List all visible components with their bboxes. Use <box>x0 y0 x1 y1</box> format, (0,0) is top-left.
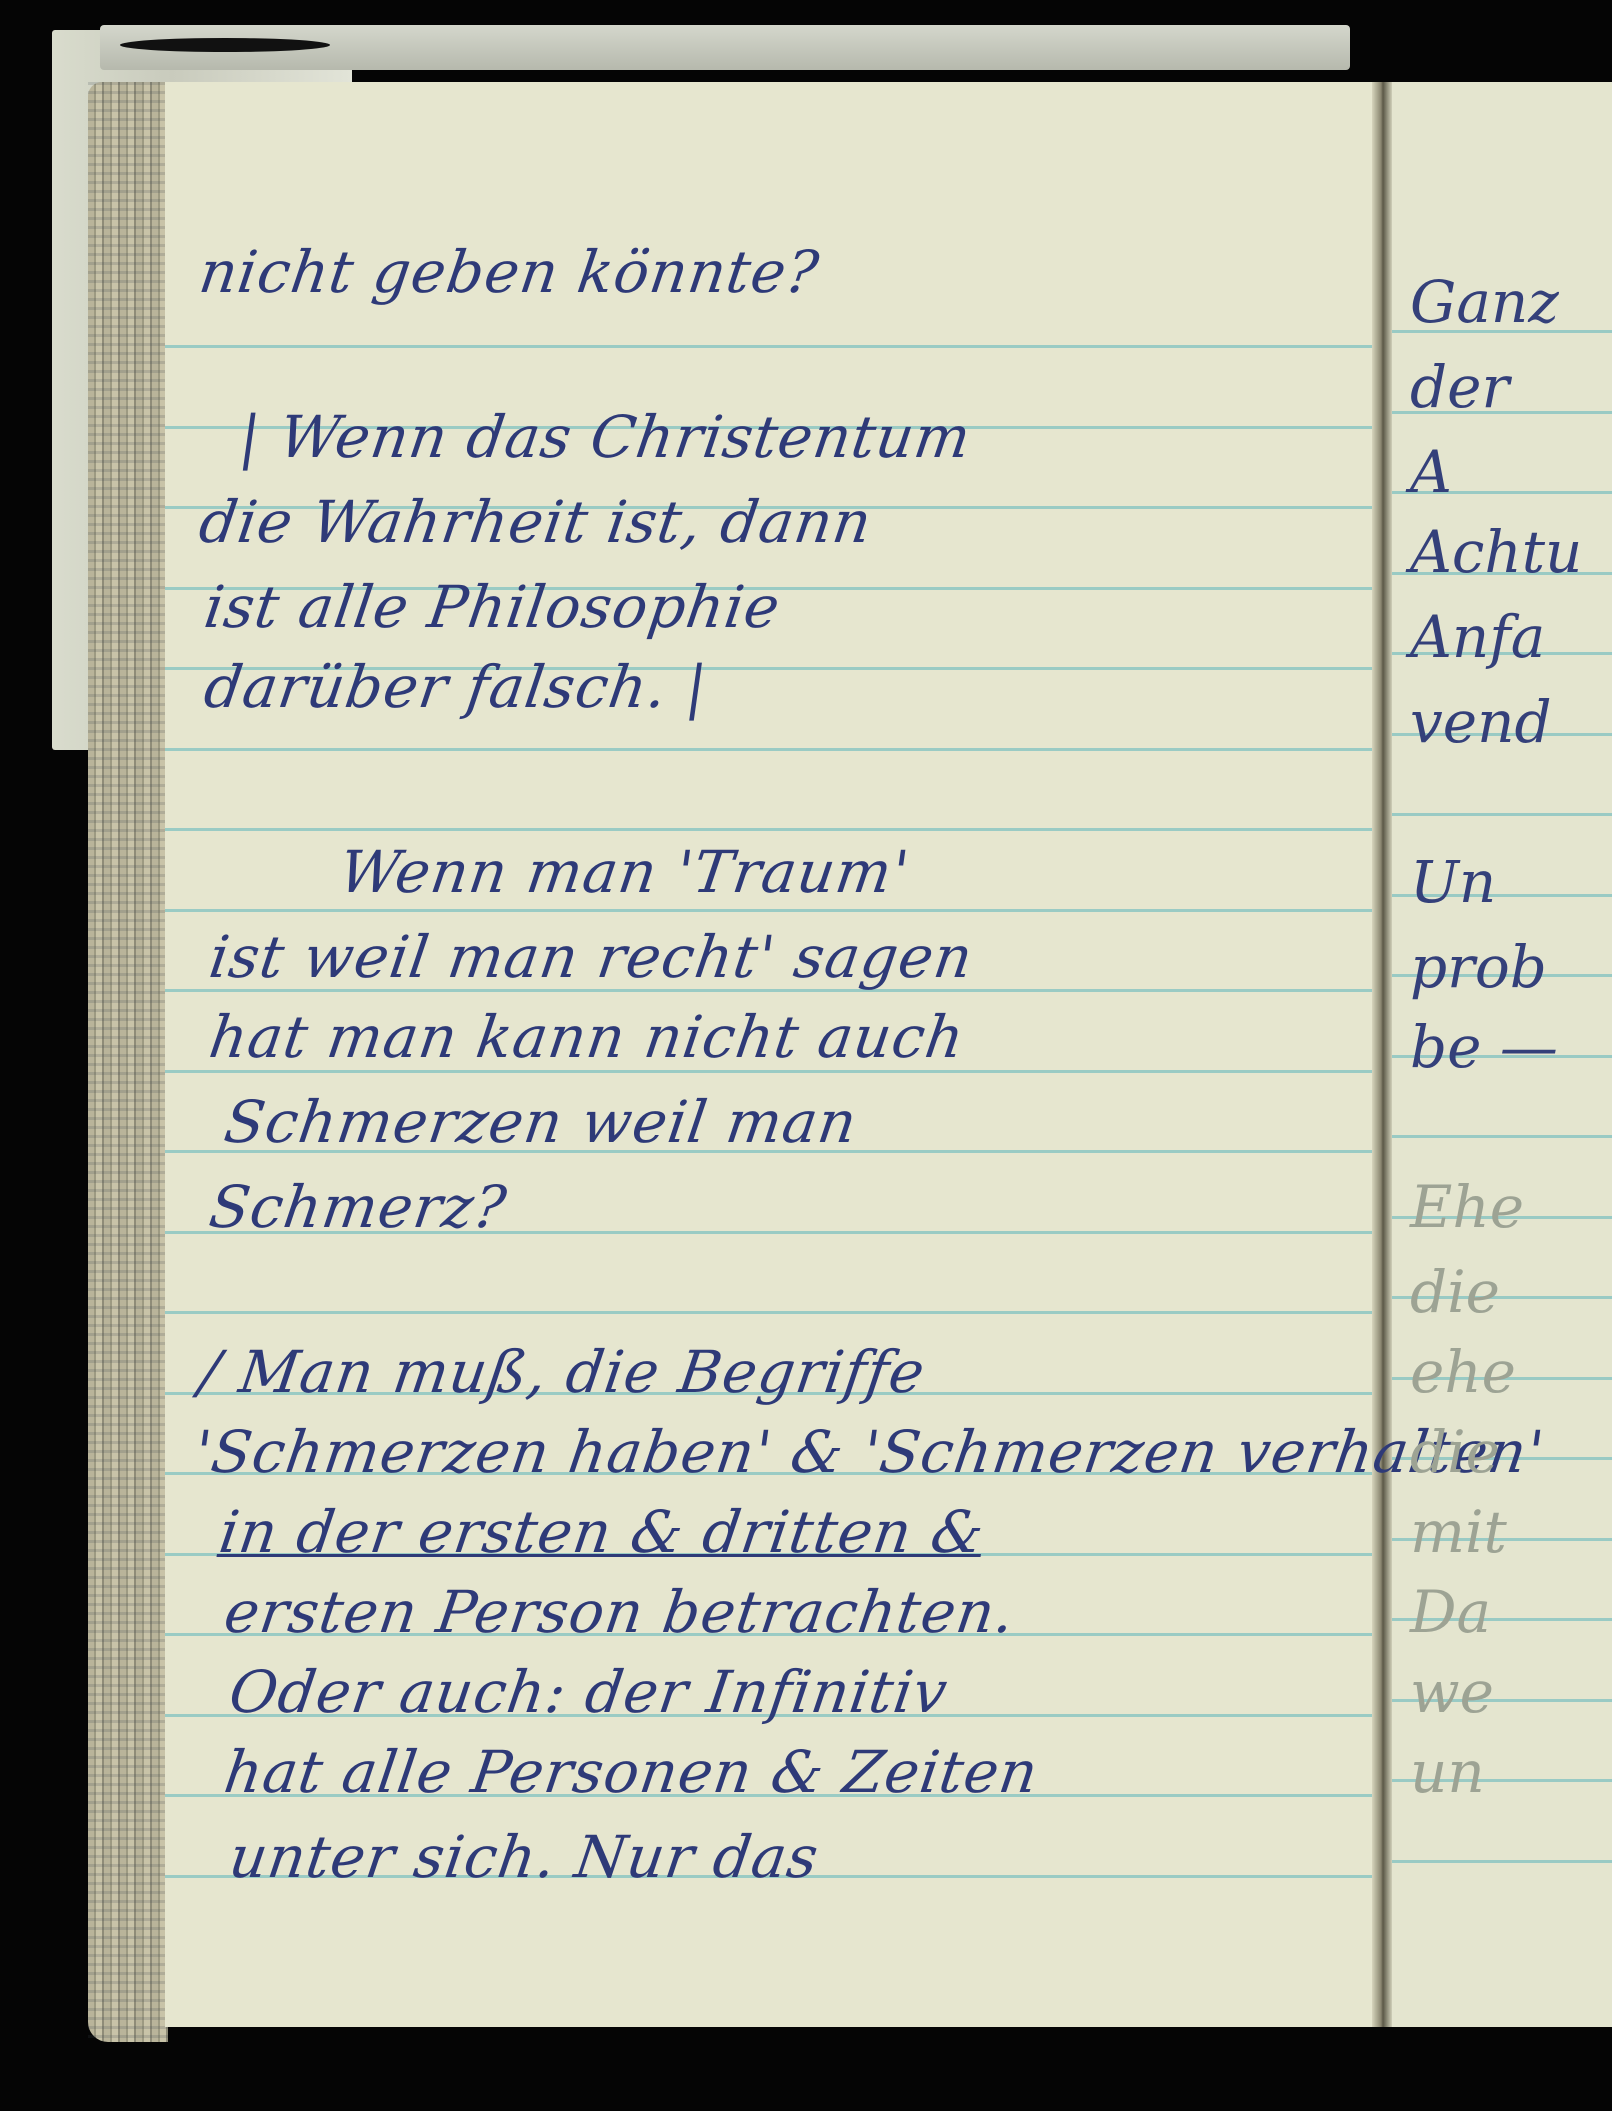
handwritten-line-right: Achtu <box>1410 518 1582 586</box>
handwritten-line-right: der <box>1410 353 1509 421</box>
tissue-tear <box>120 38 330 52</box>
rule-line <box>165 1311 1372 1314</box>
handwritten-line: hat alle Personen & Zeiten <box>220 1738 1043 1806</box>
handwritten-line: Oder auch: der Infinitiv <box>225 1658 952 1726</box>
handwritten-line-right: Un <box>1410 848 1496 916</box>
handwritten-line: / Man muß, die Begriffe <box>195 1338 929 1406</box>
handwritten-line: Wenn man 'Traum' <box>335 838 914 906</box>
rule-line <box>165 748 1372 751</box>
rule-line <box>1392 813 1612 816</box>
rule-line <box>1392 1135 1612 1138</box>
handwritten-line: | Wenn das Christentum <box>235 403 975 471</box>
handwritten-line: Schmerzen weil man <box>220 1088 861 1156</box>
handwritten-line-right: un <box>1410 1738 1485 1806</box>
handwritten-line-right: prob <box>1410 933 1547 1001</box>
handwritten-line: nicht geben könnte? <box>195 238 823 306</box>
handwritten-line-right: we <box>1410 1658 1494 1726</box>
handwritten-line-right: ehe <box>1410 1338 1516 1406</box>
handwritten-line: ist weil man recht' sagen <box>205 923 977 991</box>
book-gutter <box>1372 82 1392 2027</box>
handwritten-line: in der ersten & dritten & <box>215 1498 989 1566</box>
rule-line <box>165 345 1372 348</box>
handwritten-line-right: mit <box>1410 1498 1507 1566</box>
handwritten-line-right: Da <box>1410 1578 1491 1646</box>
handwritten-line: hat man kann nicht auch <box>205 1003 969 1071</box>
page-edges-stack <box>88 82 168 2042</box>
rule-line <box>1392 1860 1612 1863</box>
handwritten-line: unter sich. Nur das <box>225 1823 823 1891</box>
handwritten-line: 'Schmerzen haben' & 'Schmerzen verhalten… <box>190 1418 1548 1486</box>
handwritten-line-right: Ehe <box>1410 1173 1524 1241</box>
handwritten-line-right: A <box>1410 438 1452 506</box>
handwritten-line: Schmerz? <box>205 1173 511 1241</box>
rule-line <box>165 828 1372 831</box>
handwritten-line-right: die <box>1410 1418 1500 1486</box>
handwritten-line-right: Ganz <box>1410 268 1559 336</box>
handwritten-line-right: Anfa <box>1410 603 1545 671</box>
handwritten-line-right: be — <box>1410 1013 1558 1081</box>
handwritten-line-right: die <box>1410 1258 1500 1326</box>
handwritten-line: ersten Person betrachten. <box>220 1578 1019 1646</box>
handwritten-line: die Wahrheit ist, dann <box>195 488 876 556</box>
handwritten-line: darüber falsch. | <box>200 653 712 721</box>
rule-line <box>165 909 1372 912</box>
handwritten-line: ist alle Philosophie <box>200 573 784 641</box>
handwritten-line-right: vend <box>1410 688 1552 756</box>
